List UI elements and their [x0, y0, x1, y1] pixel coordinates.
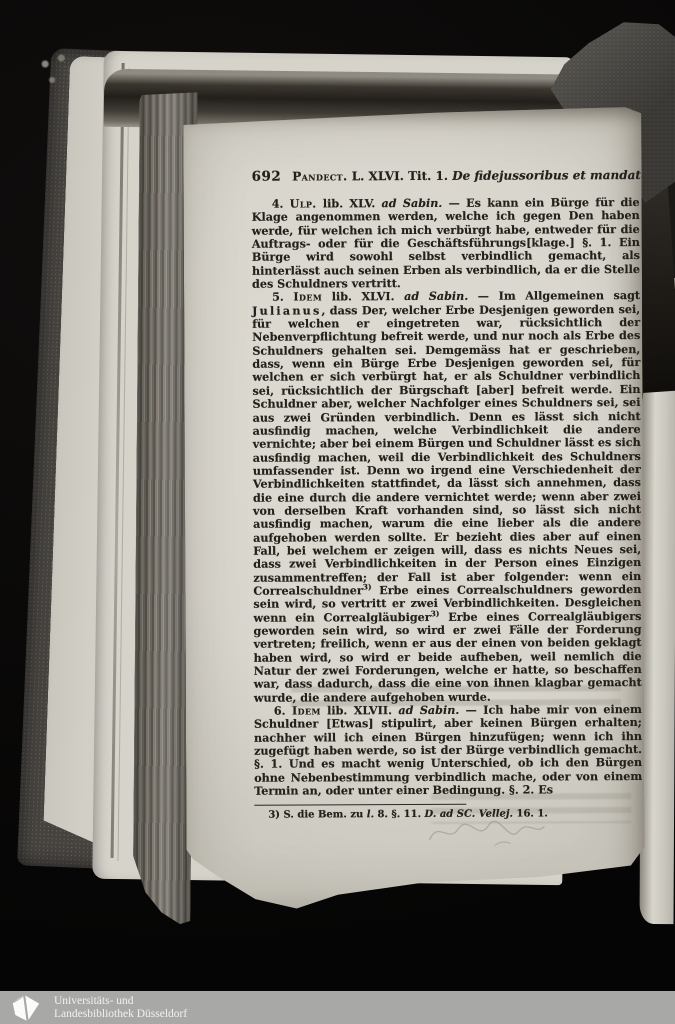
library-name: Universitäts- und Landesbibliothek Düsse… — [54, 995, 187, 1020]
watermark-bar: Universitäts- und Landesbibliothek Düsse… — [0, 991, 675, 1024]
page-crease — [111, 63, 125, 858]
right-page-fore-edge — [640, 352, 675, 924]
body-paragraph: 4. Ulp. lib. XLV. ad Sabin. — Es kann ei… — [252, 196, 640, 291]
page-header: 692Pandect. L. XLVI. Tit. 1. De fidejuss… — [252, 167, 640, 185]
text-block: 692Pandect. L. XLVI. Tit. 1. De fidejuss… — [252, 167, 643, 822]
footnote-text: 3) S. die Bem. zu l. 8. §. 11. D. ad SC.… — [254, 808, 642, 822]
library-logo-icon — [6, 993, 44, 1023]
page-number: 692 — [252, 169, 282, 185]
running-title: Pandect. L. XLVI. Tit. 1. De fidejussori… — [292, 168, 675, 184]
book-page: 692Pandect. L. XLVI. Tit. 1. De fidejuss… — [183, 107, 644, 909]
library-name-line2: Landesbibliothek Düsseldorf — [54, 1008, 187, 1021]
body-paragraph: 5. Idem lib. XLVI. ad Sabin. — Im Allgem… — [252, 289, 642, 704]
body-paragraphs: 4. Ulp. lib. XLV. ad Sabin. — Es kann ei… — [252, 196, 643, 798]
body-paragraph: 6. Idem lib. XLVII. ad Sabin. — Ich habe… — [254, 703, 642, 798]
footnote-rule — [254, 804, 466, 806]
photo-stage: 692Pandect. L. XLVI. Tit. 1. De fidejuss… — [0, 0, 675, 1024]
library-name-line1: Universitäts- und — [54, 995, 187, 1008]
